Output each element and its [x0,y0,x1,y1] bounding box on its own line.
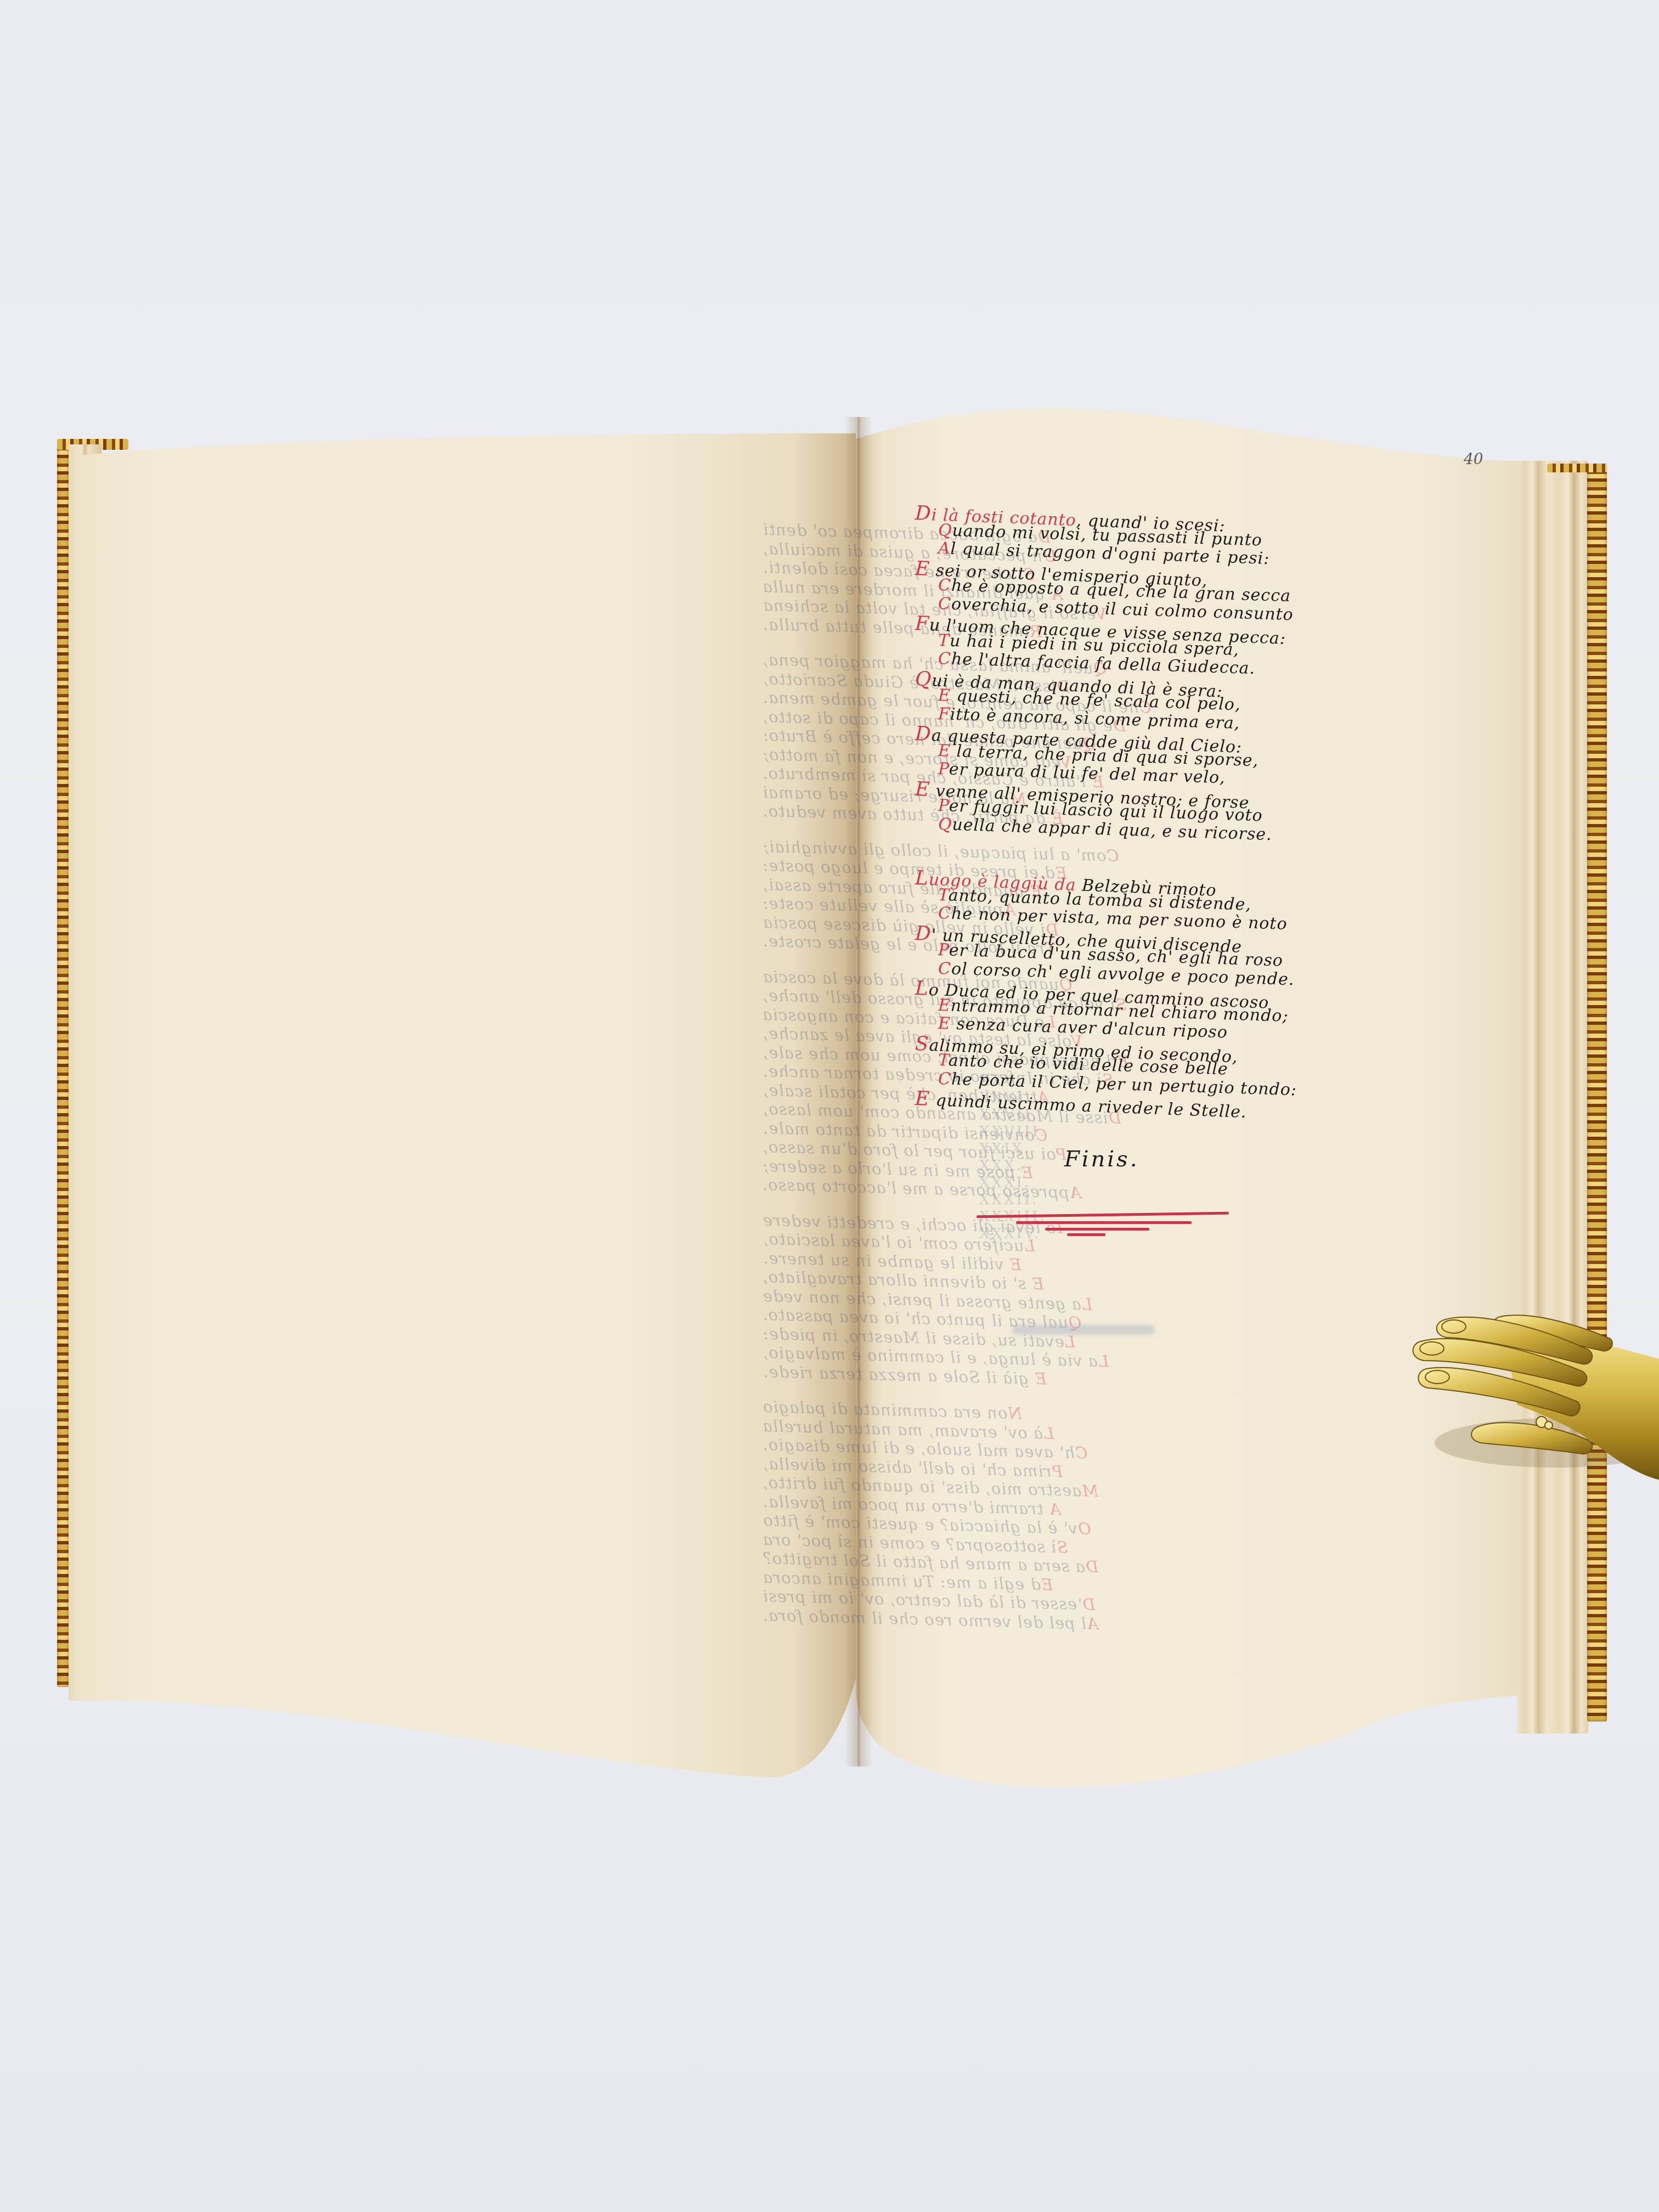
rubric-initial: E [938,741,951,761]
right-page-stack [1517,461,1588,1734]
rubric-initial: F [938,704,950,724]
closing-rule-4 [1067,1233,1105,1236]
left-page [82,433,856,1778]
rubric-initial: F [915,612,930,635]
show-through-numeral: XXIX. [979,1141,1031,1157]
show-through-numeral: XXVIII. [979,1124,1047,1140]
rubric-initial: E [915,778,930,801]
rubric-initial: T [938,1051,949,1070]
show-through-numeral: XXXIV. [979,1226,1041,1242]
closing-rule-2 [1016,1221,1192,1224]
rubric-initial: E [938,1014,951,1034]
right-gilt-edge [1587,465,1607,1722]
rubric-initial: L [915,977,929,1000]
rubric-initial: L [915,867,929,890]
finis-closing: Finis. [1064,1147,1139,1172]
rubric-initial: E [915,557,930,580]
rubric-initial: Q [915,668,932,691]
rubric-initial: C [938,1069,951,1089]
rubric-initial: C [938,904,951,923]
rubric-initial: T [938,885,949,905]
rubric-initial: C [938,649,951,669]
rubric-initial: D [915,723,932,746]
rubric-initial: S [915,1032,929,1056]
rubric-initial: E [915,1087,930,1110]
rubric-initial: P [938,940,949,960]
show-through-numeral: XXXII. [979,1192,1039,1208]
rubric-initial: A [938,539,951,558]
rubric-initial: Q [938,815,952,834]
rubric-initial: E [938,996,951,1015]
rubric-initial: C [938,959,951,979]
rubric-initial: D [915,502,932,525]
rubric-initial: P [938,759,949,779]
rubric-initial: C [938,594,951,614]
show-through-numeral: XXX. [979,1158,1023,1174]
page-number: 40 [1464,450,1483,468]
right-gilt-top-edge [1547,464,1607,472]
closing-rule-3 [1045,1228,1149,1231]
show-through-numeral: XXXI. [979,1175,1031,1191]
show-through-smudge [1012,1325,1155,1335]
rubric-initial: Q [938,521,952,540]
left-gilt-edge [57,442,69,1687]
rubric-initial: D [915,922,932,945]
brass-hand-page-weight [1407,1278,1659,1481]
rubric-initial: T [938,631,950,651]
rubric-initial: E [938,686,951,706]
rubric-initial: C [938,575,951,595]
rubric-initial: P [938,796,949,816]
